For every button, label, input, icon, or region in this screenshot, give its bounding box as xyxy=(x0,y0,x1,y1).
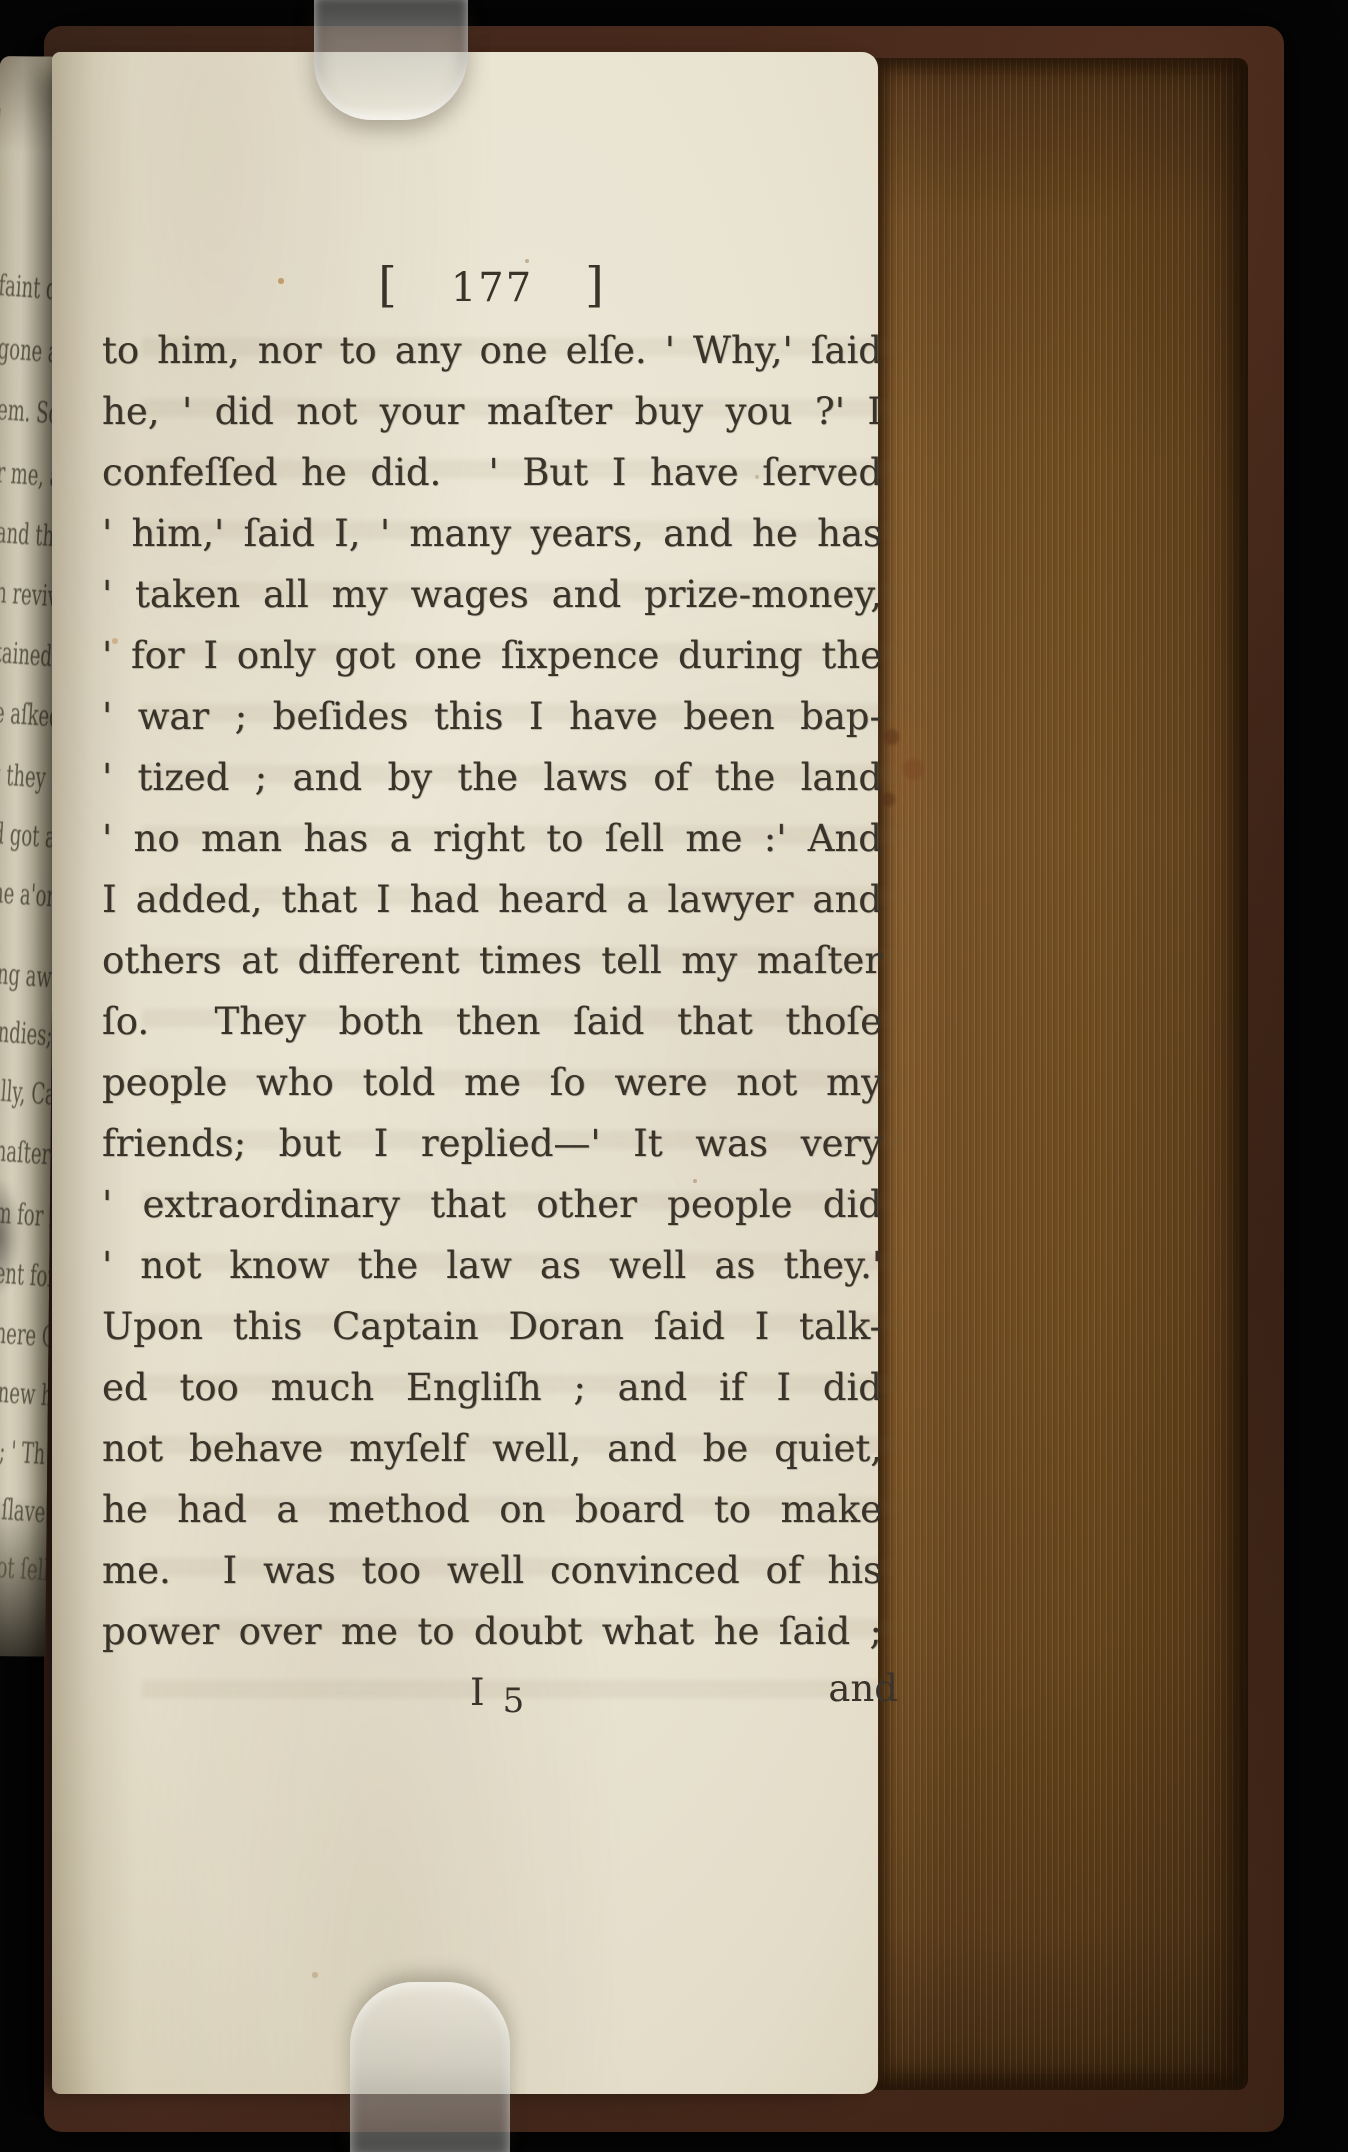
signature-numeral: 5 xyxy=(503,1671,529,1732)
text-line: power over me to doubt what he ſaid ; xyxy=(102,1601,882,1662)
facing-page-text-fragment: d got a xyxy=(0,816,57,854)
text-line: ed too much Engliſh ; and if I did xyxy=(102,1357,882,1418)
catchword: and xyxy=(828,1658,898,1719)
text-line: ' not know the law as well as they.' xyxy=(102,1235,882,1296)
paper-specks xyxy=(52,52,54,54)
facing-page-text-fragment: there C xyxy=(0,1315,57,1354)
text-line: ſo. They both then ſaid that thoſe xyxy=(102,991,882,1052)
text-line: he had a method on board to make xyxy=(102,1479,882,1540)
text-line: ' him,' ſaid I, ' many years, and he has xyxy=(102,503,882,564)
facing-page-text-fragment: ne a'on xyxy=(0,875,59,914)
text-line: ' tized ; and by the laws of the land xyxy=(102,747,882,808)
text-line: I added, that I had heard a lawyer and xyxy=(102,869,882,930)
text-line: he, ' did not your maſter buy you ?' I xyxy=(102,381,882,442)
book-page: [ 177 ] to him, nor to any one elſe. ' W… xyxy=(52,52,878,2094)
book-page-edges xyxy=(872,58,1248,2090)
text-line: ' war ; beſides this I have been bap- xyxy=(102,686,882,747)
page-number: 177 xyxy=(451,260,533,316)
facing-page-text-fragment: ] xyxy=(0,102,3,141)
text-line: me. I was too well convinced of his xyxy=(102,1540,882,1601)
text-line: not behave myſelf well, and be quiet, xyxy=(102,1418,882,1479)
text-line: friends; but I replied—' It was very xyxy=(102,1113,882,1174)
text-line: people who told me ſo were not my xyxy=(102,1052,882,1113)
text-line: confeſſed he did. ' But I have ſerved xyxy=(102,442,882,503)
signature-letter: I xyxy=(470,1671,489,1714)
text-line: Upon this Captain Doran ſaid I talk- xyxy=(102,1296,882,1357)
text-line: ' extraordinary that other people did xyxy=(102,1174,882,1235)
header-open-bracket: [ xyxy=(378,260,399,310)
header-close-bracket: ] xyxy=(585,260,606,310)
text-line: others at different times tell my maſter xyxy=(102,930,882,991)
page-number-header: [ 177 ] xyxy=(102,260,882,318)
text-line: ' no man has a right to ſell me :' And xyxy=(102,808,882,869)
signature-row: I5 and xyxy=(102,1662,882,1724)
signature-mark: I5 xyxy=(470,1662,528,1725)
body-text: to him, nor to any one elſe. ' Why,' ſai… xyxy=(102,320,882,1662)
text-line: ' for I only got one ſixpence during the xyxy=(102,625,882,686)
facing-page-text-fragment: Indies; xyxy=(0,1014,54,1052)
text-line: ' taken all my wages and prize-money, xyxy=(102,564,882,625)
facing-page-text-fragment: t ; ' Th xyxy=(0,1433,46,1471)
open-book-photograph: ] faint diffe gone aſt em. So r me, and … xyxy=(0,0,1348,2152)
text-line: to him, nor to any one elſe. ' Why,' ſai… xyxy=(102,320,882,381)
